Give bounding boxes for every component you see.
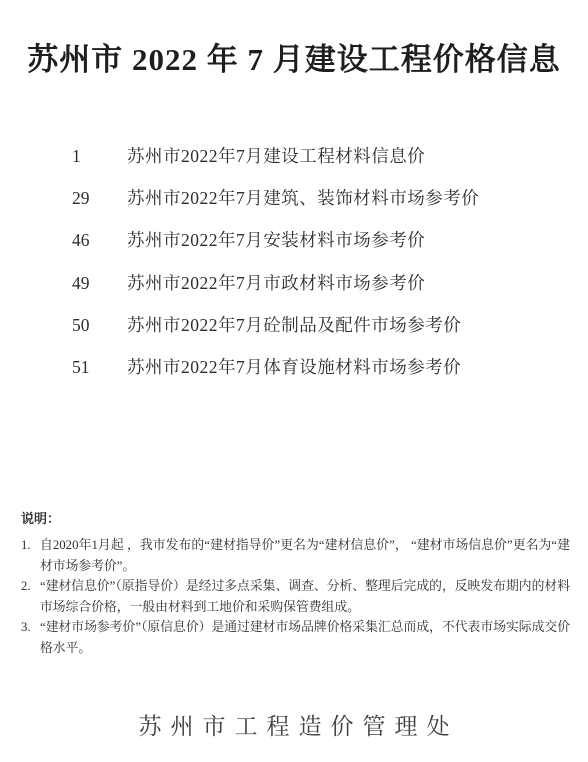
note-number: 1. [21, 535, 40, 576]
toc-row: 1 苏州市2022年7月建设工程材料信息价 [72, 146, 558, 188]
toc-page-number: 46 [72, 230, 127, 250]
toc-entry-title: 苏州市2022年7月建设工程材料信息价 [127, 146, 425, 166]
note-number: 3. [21, 617, 40, 658]
note-number: 2. [21, 576, 40, 617]
notes-section: 说明： 1. 自2020年1月起 ，我市发布的“建材指导价”更名为“建材信息价”… [21, 510, 570, 658]
document-page: 苏州市 2022 年 7 月建设工程价格信息 1 苏州市2022年7月建设工程材… [0, 0, 588, 762]
note-item: 3. “建材市场参考价”（原信息价）是通过建材市场品牌价格采集汇总而成，不代表市… [21, 617, 570, 658]
note-text: “建材市场参考价”（原信息价）是通过建材市场品牌价格采集汇总而成，不代表市场实际… [40, 617, 570, 658]
toc-row: 50 苏州市2022年7月砼制品及配件市场参考价 [72, 315, 558, 357]
toc-entry-title: 苏州市2022年7月安装材料市场参考价 [127, 230, 425, 250]
toc-row: 46 苏州市2022年7月安装材料市场参考价 [72, 230, 558, 272]
toc-row: 49 苏州市2022年7月市政材料市场参考价 [72, 273, 558, 315]
footer-organization-name: 苏州市工程造价管理处 [0, 708, 588, 741]
table-of-contents: 1 苏州市2022年7月建设工程材料信息价 29 苏州市2022年7月建筑、装饰… [72, 146, 558, 399]
toc-page-number: 51 [72, 357, 127, 377]
note-item: 2. “建材信息价”（原指导价）是经过多点采集、调查、分析、整理后完成的，反映发… [21, 576, 570, 617]
toc-page-number: 29 [72, 188, 127, 208]
notes-heading: 说明： [21, 510, 570, 527]
toc-entry-title: 苏州市2022年7月砼制品及配件市场参考价 [127, 315, 461, 335]
toc-page-number: 1 [72, 146, 127, 166]
toc-page-number: 50 [72, 315, 127, 335]
toc-entry-title: 苏州市2022年7月建筑、装饰材料市场参考价 [127, 188, 479, 208]
note-text: 自2020年1月起 ，我市发布的“建材指导价”更名为“建材信息价”， “建材市场… [40, 535, 570, 576]
page-title: 苏州市 2022 年 7 月建设工程价格信息 [0, 34, 588, 79]
note-text: “建材信息价”（原指导价）是经过多点采集、调查、分析、整理后完成的，反映发布期内… [40, 576, 570, 617]
toc-entry-title: 苏州市2022年7月市政材料市场参考价 [127, 273, 425, 293]
toc-page-number: 49 [72, 273, 127, 293]
note-item: 1. 自2020年1月起 ，我市发布的“建材指导价”更名为“建材信息价”， “建… [21, 535, 570, 576]
toc-row: 29 苏州市2022年7月建筑、装饰材料市场参考价 [72, 188, 558, 230]
toc-row: 51 苏州市2022年7月体育设施材料市场参考价 [72, 357, 558, 399]
toc-entry-title: 苏州市2022年7月体育设施材料市场参考价 [127, 357, 461, 377]
